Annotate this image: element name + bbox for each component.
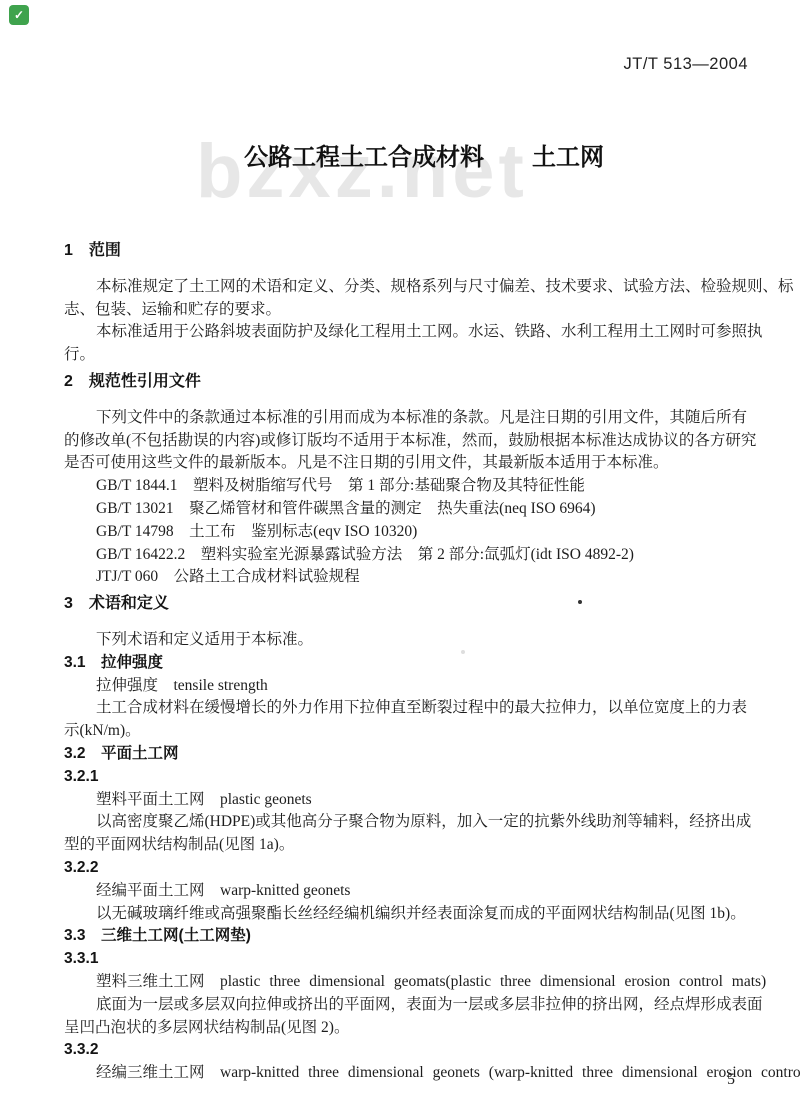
text-line: 经编三维土工网 warp-knitted three dimensional g… [64, 1062, 766, 1085]
text-line: 土工合成材料在缓慢增长的外力作用下拉伸直至断裂过程中的最大拉伸力，以单位宽度上的… [64, 697, 766, 720]
badge-check-icon: ✓ [14, 8, 24, 22]
text-line: 下列文件中的条款通过本标准的引用而成为本标准的条款。凡是注日期的引用文件，其随后… [64, 407, 766, 430]
section-heading: 3.3.1 [64, 948, 766, 971]
section-heading: 2 规范性引用文件 [64, 371, 766, 394]
section-heading: 3.2 平面土工网 [64, 743, 766, 766]
text-line: GB/T 14798 土工布 鉴别标志(eqv ISO 10320) [64, 521, 766, 544]
text-line: 示(kN/m)。 [64, 720, 766, 743]
text-line: 以无碱玻璃纤维或高强聚酯长丝经经编机编织并经表面涂复而成的平面网状结构制品(见图… [64, 903, 766, 926]
section-heading: 3.3.2 [64, 1039, 766, 1062]
text-line: 本标准适用于公路斜坡表面防护及绿化工程用土工网。水运、铁路、水利工程用土工网时可… [64, 321, 766, 344]
section-heading: 1 范围 [64, 240, 766, 263]
section-heading: 3.2.2 [64, 857, 766, 880]
site-badge-icon: ✓ [9, 5, 29, 25]
standard-code: JT/T 513—2004 [623, 55, 748, 74]
text-line: 拉伸强度 tensile strength [64, 675, 766, 698]
text-line: 下列术语和定义适用于本标准。 [64, 629, 766, 652]
section-heading: 3.1 拉伸强度 [64, 652, 766, 675]
text-line: 型的平面网状结构制品(见图 1a)。 [64, 834, 766, 857]
document-title: 公路工程土工合成材料 土工网 [0, 137, 800, 172]
text-line: GB/T 16422.2 塑料实验室光源暴露试验方法 第 2 部分:氙弧灯(id… [64, 544, 766, 567]
text-line: 底面为一层或多层双向拉伸或挤出的平面网，表面为一层或多层非拉伸的挤出网，经点焊形… [64, 994, 766, 1017]
text-line: 呈凹凸泡状的多层网状结构制品(见图 2)。 [64, 1017, 766, 1040]
text-line: 塑料平面土工网 plastic geonets [64, 789, 766, 812]
text-line: 志、包装、运输和贮存的要求。 [64, 299, 766, 322]
text-line: 是否可使用这些文件的最新版本。凡是不注日期的引用文件，其最新版本适用于本标准。 [64, 452, 766, 475]
text-line: JTJ/T 060 公路土工合成材料试验规程 [64, 566, 766, 589]
text-line: 行。 [64, 344, 766, 367]
section-heading: 3 术语和定义 [64, 593, 766, 616]
text-line: 经编平面土工网 warp-knitted geonets [64, 880, 766, 903]
document-page: ✓ JT/T 513—2004 bzxz.net 公路工程土工合成材料 土工网 … [0, 0, 800, 1120]
text-line: 本标准规定了土工网的术语和定义、分类、规格系列与尺寸偏差、技术要求、试验方法、检… [64, 276, 766, 299]
text-line: GB/T 13021 聚乙烯管材和管件碳黑含量的测定 热失重法(neq ISO … [64, 498, 766, 521]
section-heading: 3.3 三维土工网(土工网垫) [64, 925, 766, 948]
text-line: 塑料三维土工网 plastic three dimensional geomat… [64, 971, 766, 994]
document-body: 1 范围本标准规定了土工网的术语和定义、分类、规格系列与尺寸偏差、技术要求、试验… [64, 236, 766, 1085]
text-line: 以高密度聚乙烯(HDPE)或其他高分子聚合物为原料，加入一定的抗紫外线助剂等辅料… [64, 811, 766, 834]
text-line: 的修改单(不包括勘误的内容)或修订版均不适用于本标准，然而，鼓励根据本标准达成协… [64, 430, 766, 453]
section-heading: 3.2.1 [64, 766, 766, 789]
text-line: GB/T 1844.1 塑料及树脂缩写代号 第 1 部分:基础聚合物及其特征性能 [64, 475, 766, 498]
